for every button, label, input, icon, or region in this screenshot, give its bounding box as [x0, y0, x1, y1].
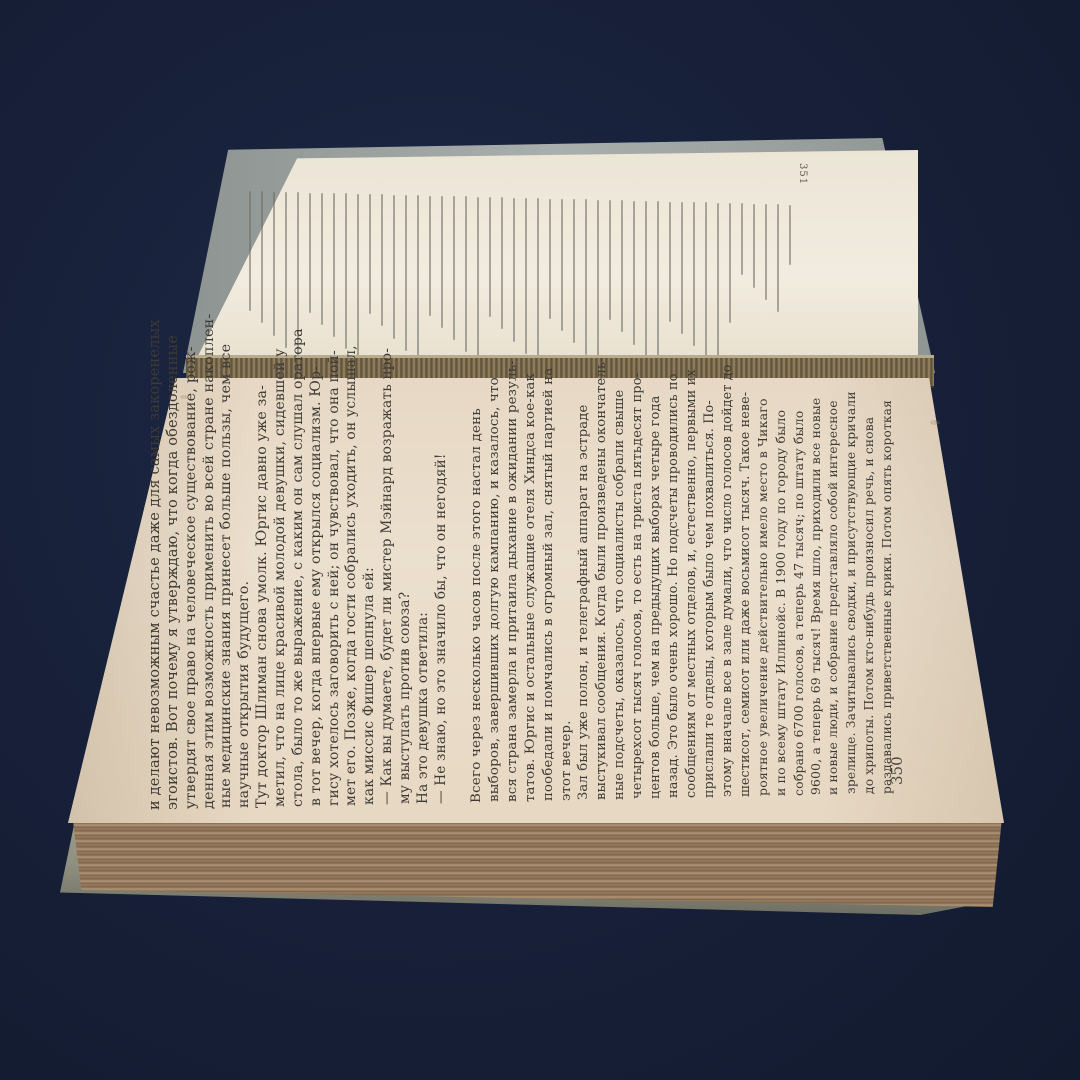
- text-line: метил, что на лице красивой молодой деву…: [273, 349, 288, 808]
- text-line: до хрипоты. Потом кто-нибудь произносил …: [862, 417, 877, 794]
- text-line: утвердят свое право на человеческое суще…: [184, 347, 199, 810]
- text-line: как миссис Фишер шепнула ей:: [362, 567, 377, 805]
- blurred-text-line: [669, 202, 671, 322]
- text-line: роятное увеличение действительно имело м…: [755, 399, 770, 797]
- lower-page-number: 350: [888, 756, 906, 785]
- text-line: раздавались приветственные крики. Потом …: [880, 400, 895, 794]
- blurred-text-line: [645, 201, 647, 357]
- blurred-text-line: [381, 194, 383, 326]
- text-line: научные открытия будущего.: [237, 581, 252, 808]
- blurred-text-line: [405, 195, 407, 351]
- blurred-text-line: [477, 197, 479, 365]
- upper-page-text-blur: [250, 150, 810, 345]
- text-line: эгоистов. Вот почему я утверждаю, что ко…: [166, 335, 181, 810]
- blurred-text-line: [357, 194, 359, 362]
- blurred-text-line: [501, 197, 503, 329]
- blurred-text-line: [573, 199, 575, 343]
- blurred-text-line: [333, 193, 335, 337]
- text-line: Зал был уже полон, и телеграфный аппарат…: [576, 405, 591, 801]
- upper-page-number: 351: [797, 163, 808, 185]
- text-line: выборов, завершивших долгую кампанию, и …: [487, 378, 502, 803]
- text-line: денная этим возможность применить во все…: [202, 313, 217, 808]
- blurred-text-line: [729, 203, 731, 323]
- blurred-text-line: [345, 193, 347, 349]
- text-line: вся страна замерла и притаила дыхание в …: [505, 360, 520, 802]
- text-line: шестисот, семисот или даже восьмисот тыс…: [737, 392, 752, 797]
- blurred-text-line: [717, 203, 719, 371]
- blurred-text-line: [657, 201, 659, 369]
- text-line: Всего через несколько часов после этого …: [469, 408, 484, 803]
- text-line: пообедали и помчались в огромный зал, сн…: [541, 368, 556, 801]
- text-line: выстукивал сообщения. Когда были произве…: [594, 357, 609, 800]
- blurred-text-line: [741, 203, 743, 275]
- blurred-text-line: [441, 196, 443, 328]
- text-line: — Не знаю, но это значило бы, что он нег…: [434, 453, 449, 803]
- blurred-text-line: [597, 200, 599, 368]
- blurred-text-line: [681, 202, 683, 334]
- blurred-text-line: [321, 193, 323, 325]
- blurred-text-line: [393, 195, 395, 339]
- text-line: татов. Юргис и остальные служащие отеля …: [523, 373, 538, 802]
- text-line: — Как вы думаете, будет ли мистер Мэйнар…: [380, 348, 395, 805]
- text-line: ные медицинские знания принесет больше п…: [219, 344, 234, 808]
- blurred-text-line: [789, 205, 791, 265]
- text-line: Тут доктор Шлиман снова умолк. Юргис дав…: [255, 384, 270, 807]
- text-line: четырехсот тысяч голосов, то есть на три…: [630, 373, 645, 799]
- blurred-text-line: [705, 202, 707, 358]
- text-line: стола, было то же выражение, с каким он …: [291, 328, 306, 807]
- blurred-text-line: [249, 191, 251, 311]
- paper-stain: [930, 420, 940, 425]
- text-line: в тот вечер, когда впервые ему открылся …: [309, 366, 324, 806]
- blurred-text-line: [633, 201, 635, 345]
- blurred-text-line: [417, 195, 419, 363]
- text-line: мет его. Позже, когда гости собрались ух…: [344, 345, 359, 806]
- blurred-text-line: [585, 199, 587, 355]
- blurred-text-line: [261, 191, 263, 323]
- blurred-text-line: [489, 197, 491, 317]
- blurred-text-line: [693, 202, 695, 346]
- blurred-text-line: [285, 192, 287, 348]
- text-line: 9600, а теперь 69 тысяч! Время шло, прих…: [809, 398, 824, 795]
- blurred-text-line: [369, 194, 371, 314]
- text-line: назад. Это было очень хорошо. Но подсчет…: [666, 374, 681, 799]
- blurred-text-line: [453, 196, 455, 340]
- blurred-text-line: [513, 198, 515, 342]
- text-line: зрелище. Зачитывались сводки, и присутст…: [844, 392, 859, 795]
- blurred-text-line: [609, 200, 611, 320]
- blurred-text-line: [309, 193, 311, 313]
- blurred-text-line: [465, 196, 467, 352]
- text-line: этот вечер.: [559, 720, 574, 801]
- blurred-text-line: [549, 199, 551, 319]
- text-line: ные подсчеты, оказалось, что социалисты …: [612, 389, 627, 799]
- text-line: собрано 6700 голосов, а теперь 47 тысяч;…: [791, 410, 806, 795]
- text-line: На это девушка ответила:: [416, 612, 431, 804]
- blurred-text-line: [777, 204, 779, 312]
- text-line: центов больше, чем на предыдущих выборах…: [648, 395, 663, 799]
- text-line: гису хотелось заговорить с ней; он чувст…: [327, 350, 342, 806]
- blurred-text-line: [273, 192, 275, 336]
- book-photo: 351 и делают невозможным счастье даже дл…: [0, 0, 1080, 1080]
- blurred-text-line: [561, 199, 563, 331]
- paper-stain: [180, 395, 188, 399]
- blurred-text-line: [753, 204, 755, 288]
- text-line: прислали те отделы, которым было чем пох…: [701, 400, 716, 798]
- blurred-text-line: [429, 196, 431, 316]
- text-line: и новые люди, и собрание представляло со…: [826, 400, 841, 795]
- text-line: этому вначале все в зале думали, что чис…: [719, 365, 734, 798]
- text-line: и по всему штату Иллинойс. В 1900 году п…: [773, 410, 788, 796]
- text-line: сообщениям от местных отделов, и, естест…: [684, 369, 699, 798]
- blurred-text-line: [621, 200, 623, 332]
- blurred-text-line: [537, 198, 539, 366]
- text-line: му выступать против союза?: [398, 592, 413, 804]
- text-line: и делают невозможным счастье даже для са…: [148, 319, 163, 810]
- blurred-text-line: [525, 198, 527, 354]
- blurred-text-line: [765, 204, 767, 300]
